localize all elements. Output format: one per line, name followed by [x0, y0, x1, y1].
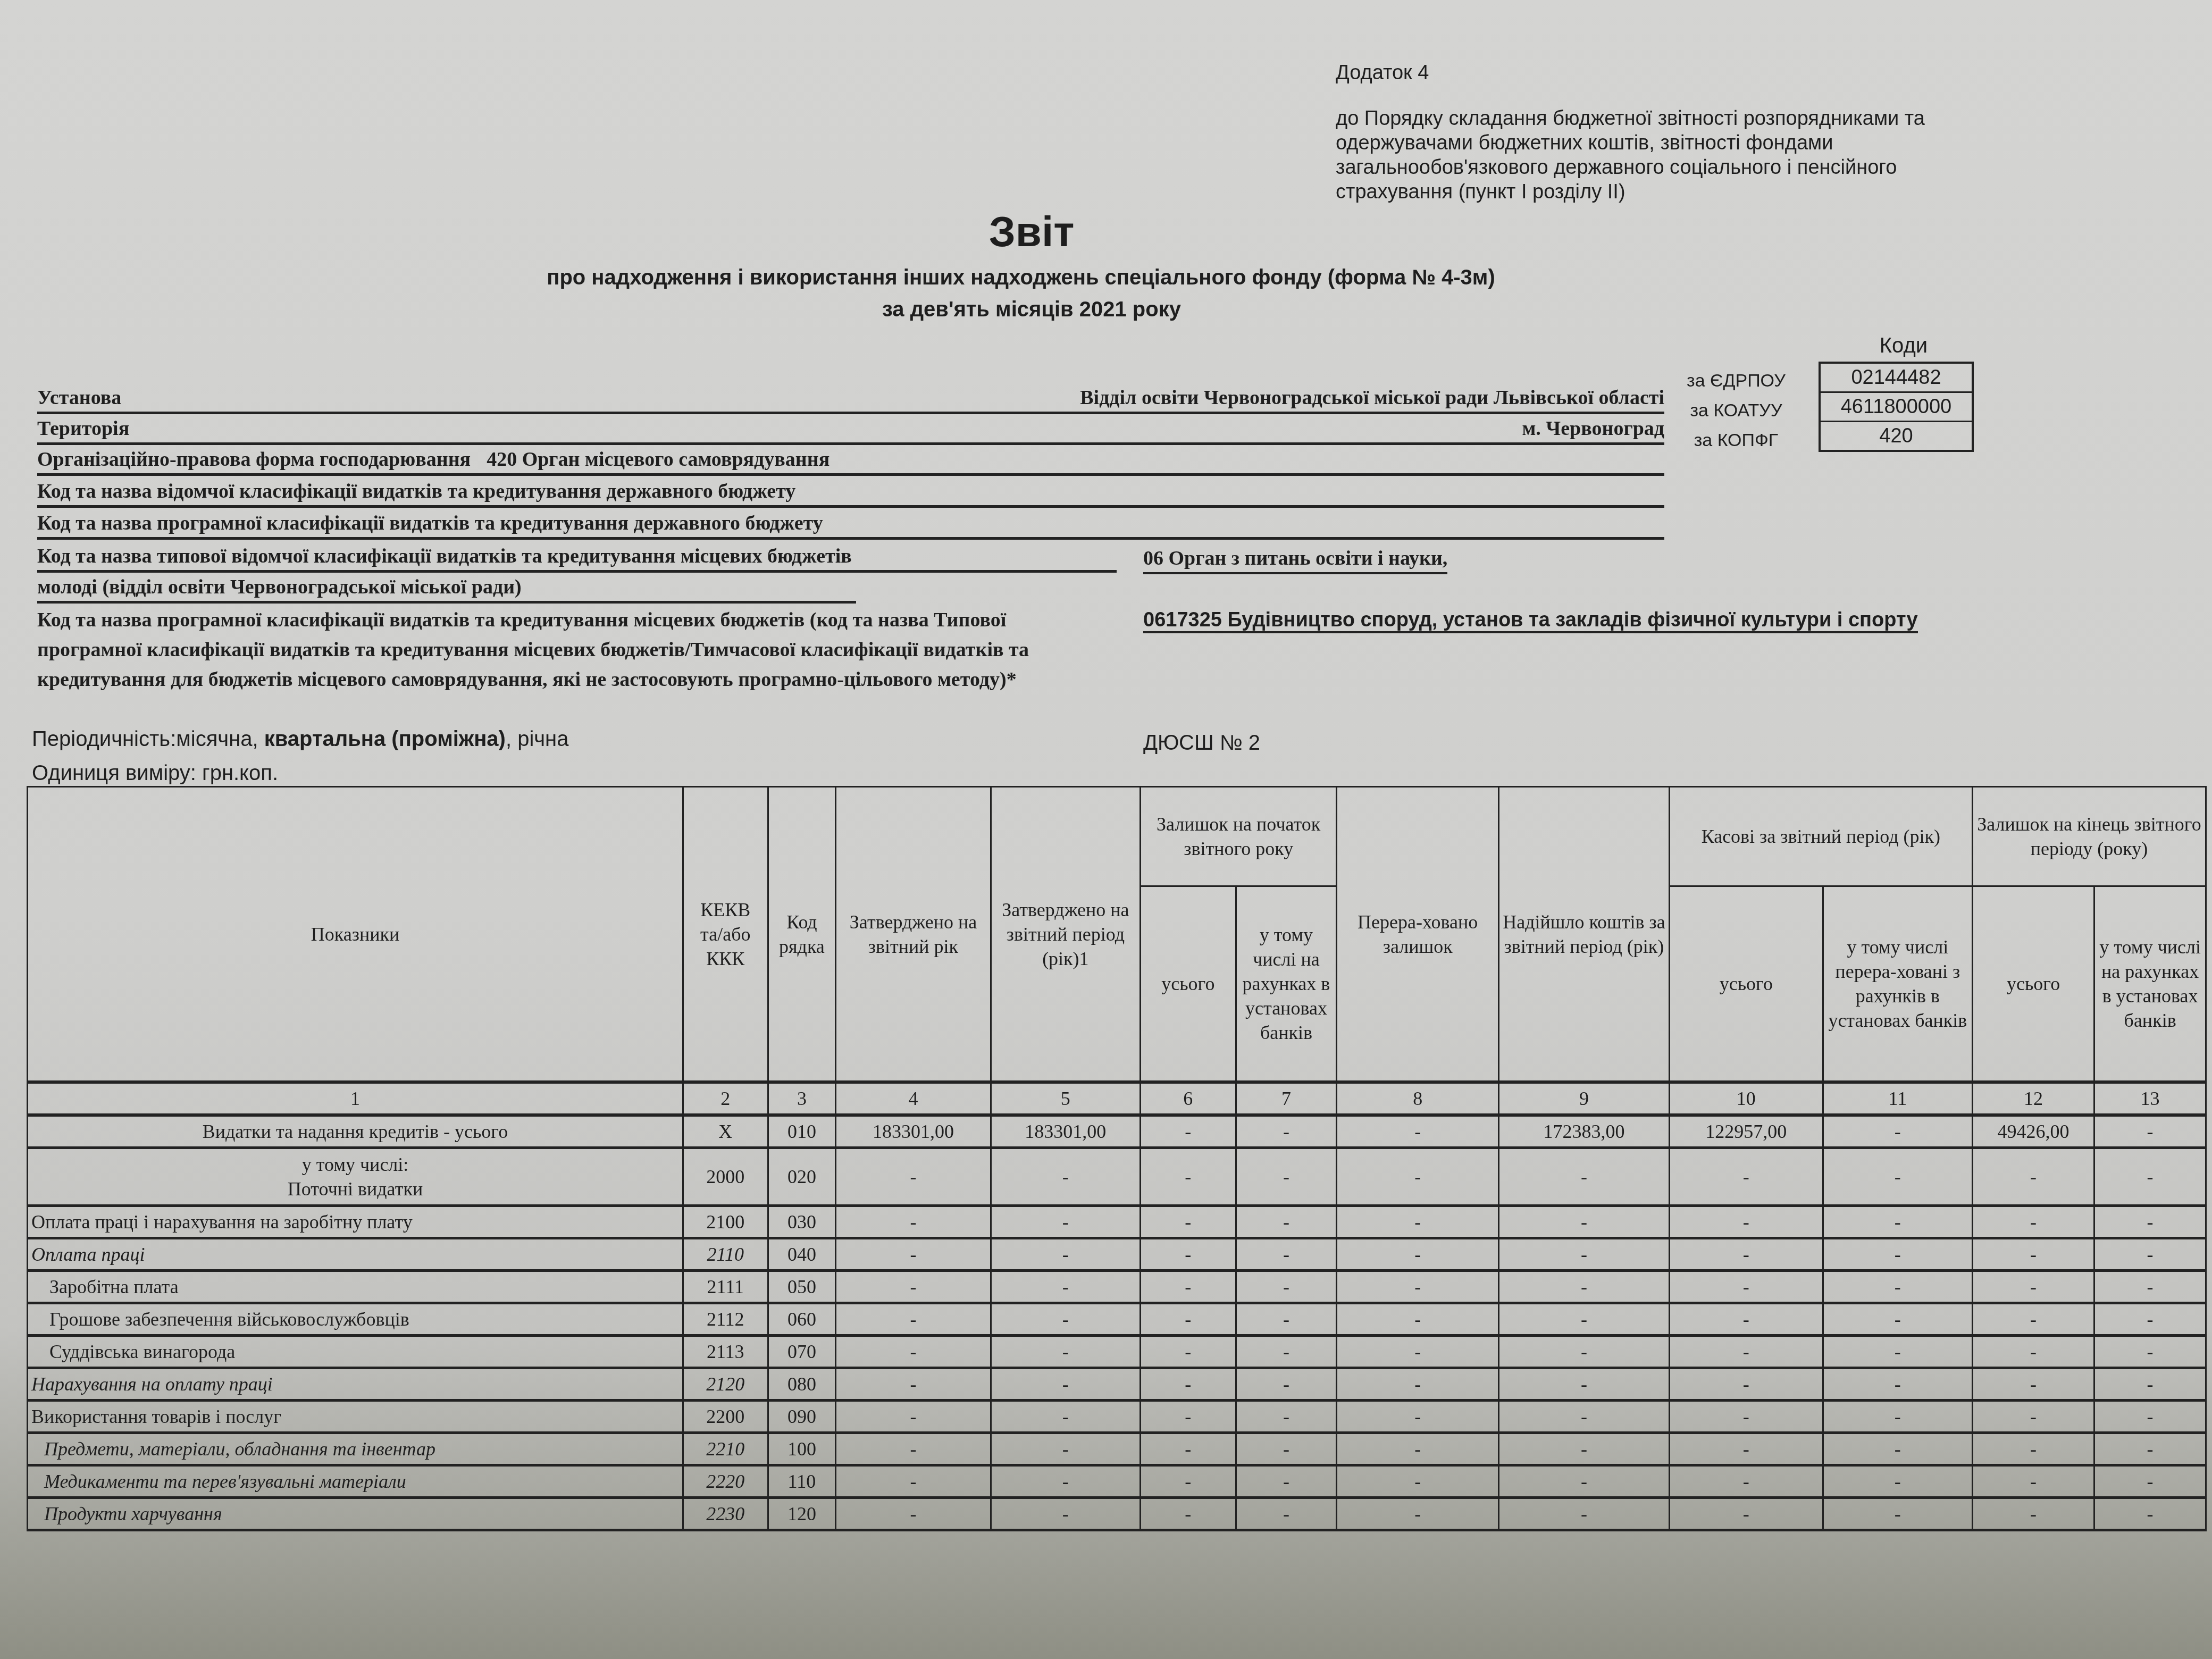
- row-value: -: [1823, 1433, 1972, 1465]
- row-value: -: [991, 1465, 1140, 1498]
- row-value: -: [1669, 1368, 1823, 1401]
- row-indicator-name: Грошове забезпечення військовослужбовців: [28, 1303, 683, 1336]
- row-value: -: [1972, 1401, 2094, 1433]
- row-value: -: [1972, 1498, 2094, 1530]
- row-value: -: [2094, 1303, 2206, 1336]
- header-balance-start-total: усього: [1141, 886, 1236, 1083]
- table-row: Медикаменти та перев'язувальні матеріали…: [28, 1465, 2206, 1498]
- row-value: -: [1337, 1498, 1499, 1530]
- row-indicator-name: Використання товарів і послуг: [28, 1401, 683, 1433]
- row-value: -: [836, 1148, 991, 1206]
- codes-box: 02144482 4611800000 420: [1819, 362, 1974, 452]
- row-value: -: [2094, 1206, 2206, 1238]
- row-value: -: [1141, 1206, 1236, 1238]
- column-number: 10: [1669, 1082, 1823, 1115]
- row-value: -: [1236, 1433, 1337, 1465]
- row-value: -: [2094, 1465, 2206, 1498]
- row-value: -: [1499, 1336, 1670, 1368]
- prog-class-state-label: Код та назва програмної класифікації вид…: [37, 512, 823, 534]
- row-value: -: [836, 1271, 991, 1303]
- typical-dept-local-cont: молоді (відділ освіти Червоноградської м…: [37, 576, 522, 598]
- row-value: -: [836, 1433, 991, 1465]
- row-value: -: [1499, 1271, 1670, 1303]
- header-received: Надійшло коштів за звітний період (рік): [1499, 787, 1670, 1083]
- typical-dept-local-field: Код та назва типової відомчої класифікац…: [37, 542, 1117, 573]
- typical-dept-local-value: 06 Орган з питань освіти і науки,: [1143, 544, 1447, 574]
- report-title: Звіт: [0, 207, 2063, 256]
- row-value: -: [836, 1303, 991, 1336]
- row-value: -: [1972, 1303, 2094, 1336]
- row-kekv: 2110: [683, 1238, 768, 1271]
- row-code: 030: [768, 1206, 836, 1238]
- row-value: -: [836, 1368, 991, 1401]
- row-value: -: [1669, 1303, 1823, 1336]
- row-kekv: 2000: [683, 1148, 768, 1206]
- column-number: 5: [991, 1082, 1140, 1115]
- row-indicator-name: Суддівська винагорода: [28, 1336, 683, 1368]
- row-indicator-name: у тому числі:Поточні видатки: [28, 1148, 683, 1206]
- institution-label: Установа: [37, 387, 121, 409]
- row-code: 010: [768, 1115, 836, 1148]
- row-value: -: [991, 1498, 1140, 1530]
- row-indicator-name: Медикаменти та перев'язувальні матеріали: [28, 1465, 683, 1498]
- header-balance-start: Залишок на початок звітного року: [1141, 787, 1337, 886]
- row-value: -: [1337, 1368, 1499, 1401]
- row-value: -: [1972, 1368, 2094, 1401]
- row-name-text: Видатки та надання кредитів - усього: [31, 1119, 679, 1144]
- header-balance-end-banks: у тому числі на рахунках в установах бан…: [2094, 886, 2206, 1083]
- row-value: -: [991, 1303, 1140, 1336]
- territory-value: м. Червоноград: [1522, 415, 1664, 442]
- row-value: -: [991, 1336, 1140, 1368]
- row-value: -: [1337, 1465, 1499, 1498]
- row-value: -: [1972, 1206, 2094, 1238]
- row-name-text: Оплата праці і нарахування на заробітну …: [31, 1210, 679, 1234]
- row-value: -: [1236, 1115, 1337, 1148]
- row-value: -: [1823, 1206, 1972, 1238]
- header-row-code: Код рядка: [768, 787, 836, 1083]
- row-value: -: [1499, 1148, 1670, 1206]
- row-value: -: [991, 1433, 1140, 1465]
- row-name-text: Заробітна плата: [49, 1275, 679, 1299]
- row-value: -: [1141, 1238, 1236, 1271]
- table-row: Предмети, матеріали, обладнання та інвен…: [28, 1433, 2206, 1465]
- row-value: -: [1236, 1336, 1337, 1368]
- org-form-field: Організаційно-правова форма господарюван…: [37, 446, 1664, 476]
- column-number: 11: [1823, 1082, 1972, 1115]
- row-value: -: [2094, 1115, 2206, 1148]
- row-value: -: [836, 1336, 991, 1368]
- subunit-name: ДЮСШ № 2: [1143, 731, 1260, 755]
- row-code: 080: [768, 1368, 836, 1401]
- row-value: -: [1669, 1498, 1823, 1530]
- row-value: -: [1823, 1148, 1972, 1206]
- report-page: Додаток 4 до Порядку складання бюджетної…: [0, 0, 2212, 1659]
- row-kekv: 2120: [683, 1368, 768, 1401]
- column-numbers-row: 12345678910111213: [28, 1082, 2206, 1115]
- row-value: -: [1669, 1433, 1823, 1465]
- row-value: -: [1499, 1433, 1670, 1465]
- periodicity-selected: квартальна (проміжна): [264, 727, 506, 751]
- prog-class-state-field: Код та назва програмної класифікації вид…: [37, 509, 1664, 540]
- row-indicator-name: Заробітна плата: [28, 1271, 683, 1303]
- row-name-text: Продукти харчування: [44, 1502, 679, 1526]
- annex-title: Додаток 4: [1336, 60, 1963, 86]
- row-value: 183301,00: [836, 1115, 991, 1148]
- row-value: -: [1236, 1465, 1337, 1498]
- row-value: -: [1141, 1368, 1236, 1401]
- row-value: -: [2094, 1401, 2206, 1433]
- row-value: -: [1236, 1401, 1337, 1433]
- column-number: 8: [1337, 1082, 1499, 1115]
- header-balance-end: Залишок на кінець звітного періоду (року…: [1972, 787, 2206, 886]
- row-value: -: [1236, 1303, 1337, 1336]
- row-code: 060: [768, 1303, 836, 1336]
- code-value-edrpou: 02144482: [1821, 364, 1972, 393]
- row-value: -: [1823, 1115, 1972, 1148]
- row-value: -: [1669, 1148, 1823, 1206]
- row-indicator-name: Нарахування на оплату праці: [28, 1368, 683, 1401]
- row-kekv: 2112: [683, 1303, 768, 1336]
- column-number: 1: [28, 1082, 683, 1115]
- row-value: -: [1669, 1336, 1823, 1368]
- row-name-text: Медикаменти та перев'язувальні матеріали: [44, 1469, 679, 1494]
- row-indicator-name: Продукти харчування: [28, 1498, 683, 1530]
- row-value: -: [1823, 1401, 1972, 1433]
- dept-class-state-field: Код та назва відомчої класифікації видат…: [37, 477, 1664, 508]
- annex-line: одержувачами бюджетних коштів, звітності…: [1336, 131, 1963, 155]
- row-value: -: [1972, 1238, 2094, 1271]
- annex-line: до Порядку складання бюджетної звітності…: [1336, 106, 1963, 131]
- row-value: -: [1337, 1303, 1499, 1336]
- column-number: 9: [1499, 1082, 1670, 1115]
- row-value: -: [1972, 1465, 2094, 1498]
- row-name-text: Суддівська винагорода: [49, 1339, 679, 1364]
- header-cash-total: усього: [1669, 886, 1823, 1083]
- row-value: -: [1499, 1238, 1670, 1271]
- row-value: -: [2094, 1271, 2206, 1303]
- row-value: -: [1141, 1498, 1236, 1530]
- row-value: -: [1499, 1465, 1670, 1498]
- column-number: 4: [836, 1082, 991, 1115]
- row-kekv: X: [683, 1115, 768, 1148]
- row-value: -: [1337, 1401, 1499, 1433]
- periodicity: Періодичність:місячна, квартальна (промі…: [32, 727, 568, 751]
- row-value: -: [1499, 1206, 1670, 1238]
- row-value: -: [2094, 1148, 2206, 1206]
- row-value: -: [1141, 1148, 1236, 1206]
- periodicity-prefix: Періодичність:місячна,: [32, 727, 264, 751]
- table-row: Використання товарів і послуг2200090----…: [28, 1401, 2206, 1433]
- prog-local-value: 0617325 Будівництво споруд, установ та з…: [1143, 609, 1918, 633]
- row-kekv: 2100: [683, 1206, 768, 1238]
- row-value: -: [1972, 1433, 2094, 1465]
- column-number: 13: [2094, 1082, 2206, 1115]
- row-value: -: [1337, 1238, 1499, 1271]
- row-value: -: [1236, 1238, 1337, 1271]
- row-value: -: [1669, 1271, 1823, 1303]
- row-value: -: [1499, 1401, 1670, 1433]
- row-value: -: [1337, 1336, 1499, 1368]
- report-period: за дев'ять місяців 2021 року: [0, 298, 2063, 322]
- row-value: -: [1823, 1303, 1972, 1336]
- row-value: -: [1141, 1271, 1236, 1303]
- row-value: -: [1972, 1271, 2094, 1303]
- row-value: -: [1823, 1498, 1972, 1530]
- row-value: 172383,00: [1499, 1115, 1670, 1148]
- report-subtitle: про надходження і використання інших над…: [0, 266, 2042, 290]
- row-indicator-name: Оплата праці: [28, 1238, 683, 1271]
- row-code: 050: [768, 1271, 836, 1303]
- row-value: -: [1823, 1271, 1972, 1303]
- header-approved-year: Затверджено на звітний рік: [836, 787, 991, 1083]
- row-value: -: [2094, 1433, 2206, 1465]
- row-value: -: [1236, 1368, 1337, 1401]
- row-value: -: [1236, 1206, 1337, 1238]
- row-value: -: [1141, 1115, 1236, 1148]
- row-code: 100: [768, 1433, 836, 1465]
- prog-local-label: Код та назва програмної класифікації вид…: [37, 605, 1101, 694]
- institution-value: Відділ освіти Червоноградської міської р…: [1080, 384, 1664, 412]
- table-row: Оплата праці і нарахування на заробітну …: [28, 1206, 2206, 1238]
- table-row: Продукти харчування2230120----------: [28, 1498, 2206, 1530]
- row-value: -: [836, 1498, 991, 1530]
- code-label-edrpou: за ЄДРПОУ: [1675, 366, 1797, 396]
- typical-dept-local-cont-field: молоді (відділ освіти Червоноградської м…: [37, 573, 856, 604]
- row-value: -: [2094, 1368, 2206, 1401]
- row-value: -: [1823, 1368, 1972, 1401]
- row-kekv: 2210: [683, 1433, 768, 1465]
- row-indicator-name: Предмети, матеріали, обладнання та інвен…: [28, 1433, 683, 1465]
- column-number: 12: [1972, 1082, 2094, 1115]
- column-number: 3: [768, 1082, 836, 1115]
- table-row: Нарахування на оплату праці2120080------…: [28, 1368, 2206, 1401]
- row-value: -: [991, 1401, 1140, 1433]
- row-name-text: у тому числі:: [31, 1152, 679, 1177]
- prog-local-value-wrap: 0617325 Будівництво споруд, установ та з…: [1143, 605, 1918, 635]
- row-value: -: [1972, 1148, 2094, 1206]
- row-code: 120: [768, 1498, 836, 1530]
- header-balance-end-total: усього: [1972, 886, 2094, 1083]
- annex-note: Додаток 4 до Порядку складання бюджетної…: [1336, 60, 1963, 204]
- row-name-text: Предмети, матеріали, обладнання та інвен…: [44, 1437, 679, 1461]
- column-number: 7: [1236, 1082, 1337, 1115]
- row-value: -: [1337, 1433, 1499, 1465]
- periodicity-suffix: , річна: [506, 727, 569, 751]
- table-row: Оплата праці2110040----------: [28, 1238, 2206, 1271]
- row-value: -: [836, 1206, 991, 1238]
- row-value: -: [991, 1148, 1140, 1206]
- row-value: -: [1337, 1148, 1499, 1206]
- column-number: 6: [1141, 1082, 1236, 1115]
- table-row: у тому числі:Поточні видатки2000020-----…: [28, 1148, 2206, 1206]
- row-code: 090: [768, 1401, 836, 1433]
- row-value: -: [1669, 1465, 1823, 1498]
- report-table: Показники КЕКВ та/або ККК Код рядка Затв…: [27, 786, 2207, 1531]
- row-value: -: [1823, 1238, 1972, 1271]
- row-value: -: [836, 1401, 991, 1433]
- row-value: -: [1499, 1498, 1670, 1530]
- row-value: -: [991, 1238, 1140, 1271]
- row-value: -: [1337, 1206, 1499, 1238]
- row-value: -: [1499, 1303, 1670, 1336]
- row-value: -: [1236, 1271, 1337, 1303]
- org-form-label: Організаційно-правова форма господарюван…: [37, 448, 471, 471]
- row-value: 49426,00: [1972, 1115, 2094, 1148]
- row-value: -: [1823, 1465, 1972, 1498]
- code-label-koatuu: за КОАТУУ: [1675, 396, 1797, 425]
- row-value: -: [1499, 1368, 1670, 1401]
- row-kekv: 2220: [683, 1465, 768, 1498]
- unit-of-measure: Одиниця виміру: грн.коп.: [32, 761, 278, 785]
- header-cash-transferred: у тому числі перера-ховані з рахунків в …: [1823, 886, 1972, 1083]
- table-body: Видатки та надання кредитів - усьогоX010…: [28, 1115, 2206, 1530]
- annex-lines: до Порядку складання бюджетної звітності…: [1336, 106, 1963, 204]
- row-name-text: Оплата праці: [31, 1242, 679, 1267]
- row-value: -: [1337, 1271, 1499, 1303]
- row-value: -: [1236, 1148, 1337, 1206]
- row-value: -: [836, 1238, 991, 1271]
- table-row: Суддівська винагорода2113070----------: [28, 1336, 2206, 1368]
- row-name-text: Грошове забезпечення військовослужбовців: [49, 1307, 679, 1331]
- row-value: -: [1141, 1303, 1236, 1336]
- header-balance-start-banks: у тому числі на рахунках в установах бан…: [1236, 886, 1337, 1083]
- header-approved-period: Затверджено на звітний період (рік)1: [991, 787, 1140, 1083]
- row-value: -: [991, 1271, 1140, 1303]
- annex-line: страхування (пункт І розділу ІІ): [1336, 180, 1963, 204]
- row-value: -: [991, 1206, 1140, 1238]
- row-value: -: [1141, 1336, 1236, 1368]
- row-value: -: [1823, 1336, 1972, 1368]
- table-row: Заробітна плата2111050----------: [28, 1271, 2206, 1303]
- territory-label: Територія: [37, 417, 129, 440]
- dept-class-state-label: Код та назва відомчої класифікації видат…: [37, 480, 795, 502]
- code-value-koatuu: 4611800000: [1821, 393, 1972, 422]
- row-code: 040: [768, 1238, 836, 1271]
- code-label-kopfg: за КОПФГ: [1675, 425, 1797, 455]
- header-cash: Касові за звітний період (рік): [1669, 787, 1972, 886]
- annex-line: загальнообов'язкового державного соціаль…: [1336, 155, 1963, 180]
- row-value: -: [2094, 1336, 2206, 1368]
- table-row: Грошове забезпечення військовослужбовців…: [28, 1303, 2206, 1336]
- row-value: 183301,00: [991, 1115, 1140, 1148]
- row-indicator-name: Оплата праці і нарахування на заробітну …: [28, 1206, 683, 1238]
- row-value: 122957,00: [1669, 1115, 1823, 1148]
- header-indicators: Показники: [28, 787, 683, 1083]
- org-form-value: 420 Орган місцевого самоврядування: [487, 448, 829, 471]
- row-value: -: [1141, 1433, 1236, 1465]
- typical-dept-local-label: Код та назва типової відомчої класифікац…: [37, 545, 852, 567]
- row-value: -: [1337, 1115, 1499, 1148]
- row-indicator-name: Видатки та надання кредитів - усього: [28, 1115, 683, 1148]
- column-number: 2: [683, 1082, 768, 1115]
- row-code: 020: [768, 1148, 836, 1206]
- header-transferred: Перера-ховано залишок: [1337, 787, 1499, 1083]
- code-value-kopfg: 420: [1821, 422, 1972, 450]
- row-value: -: [1972, 1336, 2094, 1368]
- row-value: -: [1669, 1238, 1823, 1271]
- row-value: -: [1141, 1465, 1236, 1498]
- header-kekv: КЕКВ та/або ККК: [683, 787, 768, 1083]
- row-kekv: 2200: [683, 1401, 768, 1433]
- row-value: -: [836, 1465, 991, 1498]
- institution-field: Установа Відділ освіти Червоноградської …: [37, 384, 1664, 414]
- row-code: 070: [768, 1336, 836, 1368]
- row-value: -: [2094, 1498, 2206, 1530]
- codes-title: Коди: [1824, 334, 1983, 358]
- row-value: -: [2094, 1238, 2206, 1271]
- row-kekv: 2113: [683, 1336, 768, 1368]
- row-name-text: Поточні видатки: [31, 1177, 679, 1201]
- row-name-text: Нарахування на оплату праці: [31, 1372, 679, 1396]
- row-code: 110: [768, 1465, 836, 1498]
- codes-labels: за ЄДРПОУ за КОАТУУ за КОПФГ: [1675, 366, 1797, 455]
- row-value: -: [991, 1368, 1140, 1401]
- row-value: -: [1669, 1206, 1823, 1238]
- row-value: -: [1236, 1498, 1337, 1530]
- row-value: -: [1141, 1401, 1236, 1433]
- row-kekv: 2230: [683, 1498, 768, 1530]
- row-value: -: [1669, 1401, 1823, 1433]
- territory-field: Територія м. Червоноград: [37, 415, 1664, 445]
- table-row: Видатки та надання кредитів - усьогоX010…: [28, 1115, 2206, 1148]
- row-kekv: 2111: [683, 1271, 768, 1303]
- row-name-text: Використання товарів і послуг: [31, 1404, 679, 1429]
